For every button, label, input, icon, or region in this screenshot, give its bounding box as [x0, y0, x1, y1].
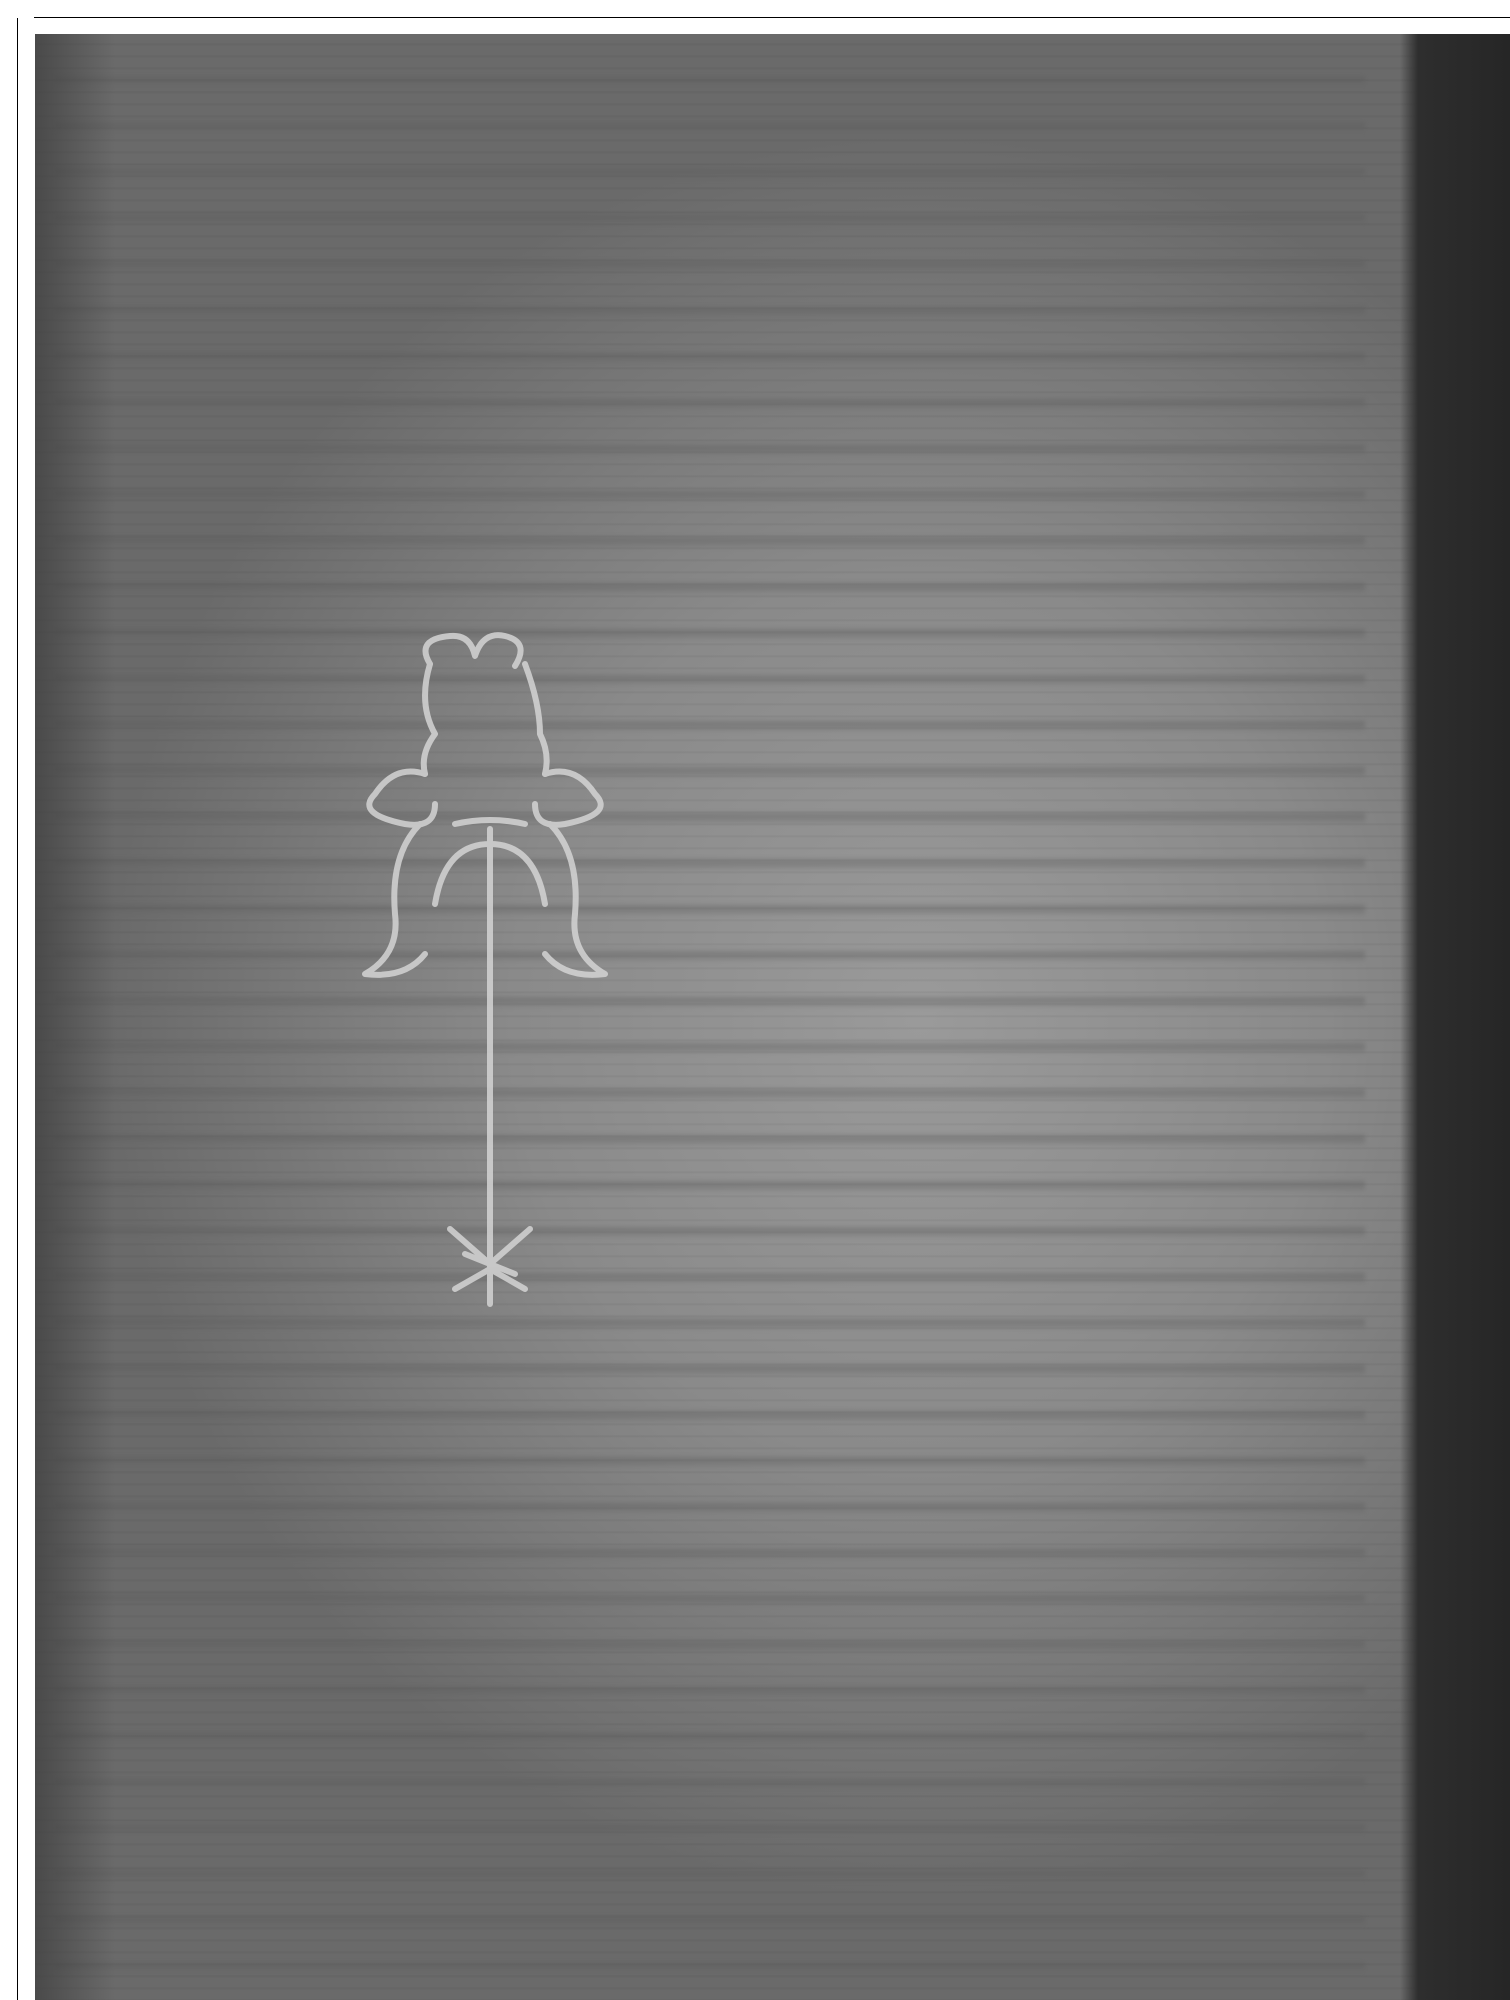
faint-text-lines — [55, 54, 1365, 1974]
jester-cap-with-staff-and-star-icon — [325, 624, 685, 1344]
left-vignette — [35, 34, 115, 2000]
ruler-top — [0, 0, 1510, 34]
ruler-left-baseline — [17, 18, 18, 2000]
ruler-left — [0, 0, 34, 2000]
page-edge-shadow — [1400, 34, 1510, 2000]
document-scan — [35, 34, 1510, 2000]
ruler-top-baseline — [18, 17, 1510, 18]
